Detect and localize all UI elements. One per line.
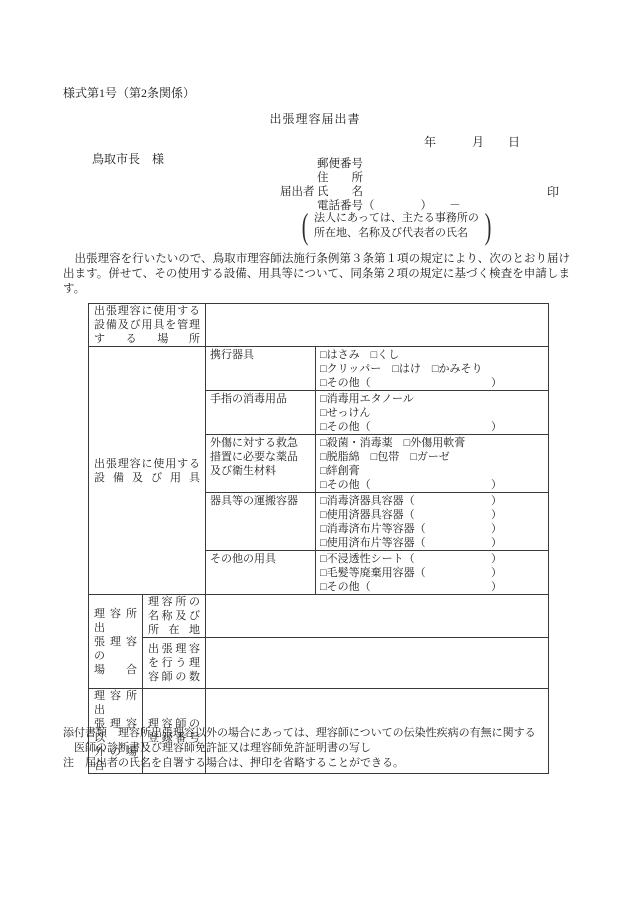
checkbox-item-text: □不浸透性シート（ [320,552,415,566]
checkbox-item-text: □絆創膏 [320,464,360,478]
equipment-items-cell: □殺菌・消毒薬 □外傷用軟膏□脱脂綿 □包帯 □ガーゼ□絆創膏□その他（） [316,435,549,493]
body-paragraph: 出張理容を行いたいので、鳥取市理容師法施行条例第３条第１項の規定により、次のとお… [63,252,570,298]
checkbox-line: □殺菌・消毒薬 □外傷用軟膏 [320,436,542,450]
label-line: 出張理容 [148,642,200,656]
label-line: 名称及び [148,609,200,623]
submitter-label: 届出者 [280,183,315,199]
blank-space [415,552,491,566]
checkbox-line: □消毒済器具容器（） [320,494,542,508]
closing-paren: ） [491,420,502,434]
checkbox-line: □その他（） [320,376,542,390]
label-line: 張理容の [94,635,137,663]
footnotes: 添付書類 理容所出張理容以外の場合にあっては、理容師についての伝染性疾病の有無に… [63,726,573,771]
salon-case-row-2: 出張理容を行う理容師の数 [89,638,549,689]
closing-paren: ） [491,494,502,508]
checkbox-item-text: □その他（ [320,580,371,594]
label-line: 場合 [94,663,137,677]
closing-paren: ） [491,552,502,566]
attachment-note-line1: 添付書類 理容所出張理容以外の場合にあっては、理容師についての伝染性疾病の有無に… [63,726,573,741]
left-paren-glyph: ( [302,206,309,246]
document-page: 様式第1号（第2条関係） 出張理容届出書 年 月 日 鳥取市長 様 郵便番号 住… [0,0,630,903]
blank-space [426,536,491,550]
blank-space [371,580,491,594]
label-line: 設備及び用具を管理 [94,318,200,332]
barber-count-label: 出張理容を行う理容師の数 [143,638,206,689]
checkbox-item-text: □その他（ [320,376,371,390]
attachment-note-line2: 医師の診断書及び理容師免許証又は理容師免許証明書の写し [63,741,573,756]
label-line: 理容所出 [94,607,137,635]
salon-case-row-1: 理容所出張理容の場合 理容所の名称及び所在地 [89,595,549,638]
checkbox-item-text: □その他（ [320,420,371,434]
equipment-row: 出張理容に使用する設備及び用具携行器具□はさみ □くし□クリッパー □はけ □か… [89,347,549,391]
checkbox-item-text: □使用済器具容器（ [320,508,415,522]
page-title: 出張理容届出書 [0,110,630,127]
label-line: 所在地 [148,623,200,637]
checkbox-line: □はさみ □くし [320,348,542,362]
checkbox-item-text: □使用済布片等容器（ [320,536,426,550]
blank-space [415,508,491,522]
checkbox-line: □不浸透性シート（） [320,552,542,566]
equipment-category-label: その他の用具 [206,551,316,595]
checkbox-item-text: □毛髪等廃棄用容器（ [320,566,426,580]
closing-paren: ） [491,508,502,522]
closing-paren: ） [491,580,502,594]
label-line: 器具等の運搬容器 [210,494,311,508]
manage-place-row: 出張理容に使用する設備及び用具を管理する場所 [89,304,549,347]
equipment-category-label: 携行器具 [206,347,316,391]
checkbox-line: □せっけん [320,406,542,420]
closing-paren: ） [491,536,502,550]
checkbox-item-text: □消毒済器具容器（ [320,494,415,508]
seal-mark: 印 [547,183,559,200]
barber-count-value-cell [206,638,549,689]
corporate-note: ( 法人にあっては、主たる事務所の 所在地、名称及び代表者の氏名 ) [299,206,494,246]
equipment-items-cell: □はさみ □くし□クリッパー □はけ □かみそり□その他（） [316,347,549,391]
blank-space [371,478,491,492]
checkbox-line: □脱脂綿 □包帯 □ガーゼ [320,450,542,464]
blank-space [371,376,491,390]
addressee: 鳥取市長 様 [92,150,164,167]
label-line: を行う理 [148,656,200,670]
equipment-section-label: 出張理容に使用する設備及び用具 [89,347,206,595]
checkbox-item-text: □消毒済布片等容器（ [320,522,426,536]
label-line: 措置に必要な薬品 [210,450,311,464]
corporate-note-line2: 所在地、名称及び代表者の氏名 [314,226,479,241]
equipment-items-cell: □不浸透性シート（）□毛髪等廃棄用容器（）□その他（） [316,551,549,595]
equipment-items-cell: □消毒済器具容器（）□使用済器具容器（）□消毒済布片等容器（）□使用済布片等容器… [316,493,549,551]
checkbox-line: □毛髪等廃棄用容器（） [320,566,542,580]
closing-paren: ） [491,566,502,580]
checkbox-line: □その他（） [320,420,542,434]
checkbox-line: □絆創膏 [320,464,542,478]
label-line: 設備及び用具 [94,471,200,485]
checkbox-item-text: □脱脂綿 □包帯 □ガーゼ [320,450,450,464]
label-line: 出張理容に使用する [94,304,200,318]
label-line: 及び衛生材料 [210,464,311,478]
label-line: する場所 [94,332,200,346]
checkbox-line: □消毒済布片等容器（） [320,522,542,536]
label-line: 外傷に対する救急 [210,436,311,450]
signature-note: 注 届出者の氏名を自署する場合は、押印を省略することができる。 [63,756,573,771]
label-line: 出張理容に使用する [94,457,200,471]
equipment-items-cell: □消毒用エタノール□せっけん□その他（） [316,391,549,435]
equipment-category-label: 外傷に対する救急措置に必要な薬品及び衛生材料 [206,435,316,493]
checkbox-line: □クリッパー □はけ □かみそり [320,362,542,376]
corporate-note-line1: 法人にあっては、主たる事務所の [314,211,479,226]
checkbox-line: □その他（） [320,580,542,594]
label-line: 携行器具 [210,348,311,362]
blank-space [415,494,491,508]
form-number: 様式第1号（第2条関係） [63,84,195,101]
salon-name-location-value-cell [206,595,549,638]
right-paren-glyph: ) [485,206,492,246]
salon-case-label: 理容所出張理容の場合 [89,595,143,689]
equipment-category-label: 手指の消毒用品 [206,391,316,435]
salon-name-location-label: 理容所の名称及び所在地 [143,595,206,638]
label-line: その他の用具 [210,552,311,566]
label-line: 理容所の [148,595,200,609]
checkbox-line: □その他（） [320,478,542,492]
manage-place-value-cell [206,304,549,347]
notification-form-table: 出張理容に使用する設備及び用具を管理する場所 出張理容に使用する設備及び用具携行… [88,303,549,774]
closing-paren: ） [491,478,502,492]
checkbox-item-text: □殺菌・消毒薬 □外傷用軟膏 [320,436,465,450]
checkbox-item-text: □クリッパー □はけ □かみそり [320,362,483,376]
checkbox-item-text: □はさみ □くし [320,348,399,362]
checkbox-line: □消毒用エタノール [320,392,542,406]
checkbox-line: □使用済器具容器（） [320,508,542,522]
checkbox-item-text: □その他（ [320,478,371,492]
blank-space [426,522,491,536]
equipment-category-label: 器具等の運搬容器 [206,493,316,551]
manage-place-label: 出張理容に使用する設備及び用具を管理する場所 [89,304,206,347]
label-line: 容師の数 [148,670,200,684]
closing-paren: ） [491,376,502,390]
blank-space [426,566,491,580]
label-line: 理容所出 [94,689,137,717]
checkbox-item-text: □せっけん [320,406,370,420]
label-line: 手指の消毒用品 [210,392,311,406]
checkbox-item-text: □消毒用エタノール [320,392,414,406]
closing-paren: ） [491,522,502,536]
blank-space [371,420,491,434]
date-line: 年 月 日 [424,133,520,150]
checkbox-line: □使用済布片等容器（） [320,536,542,550]
